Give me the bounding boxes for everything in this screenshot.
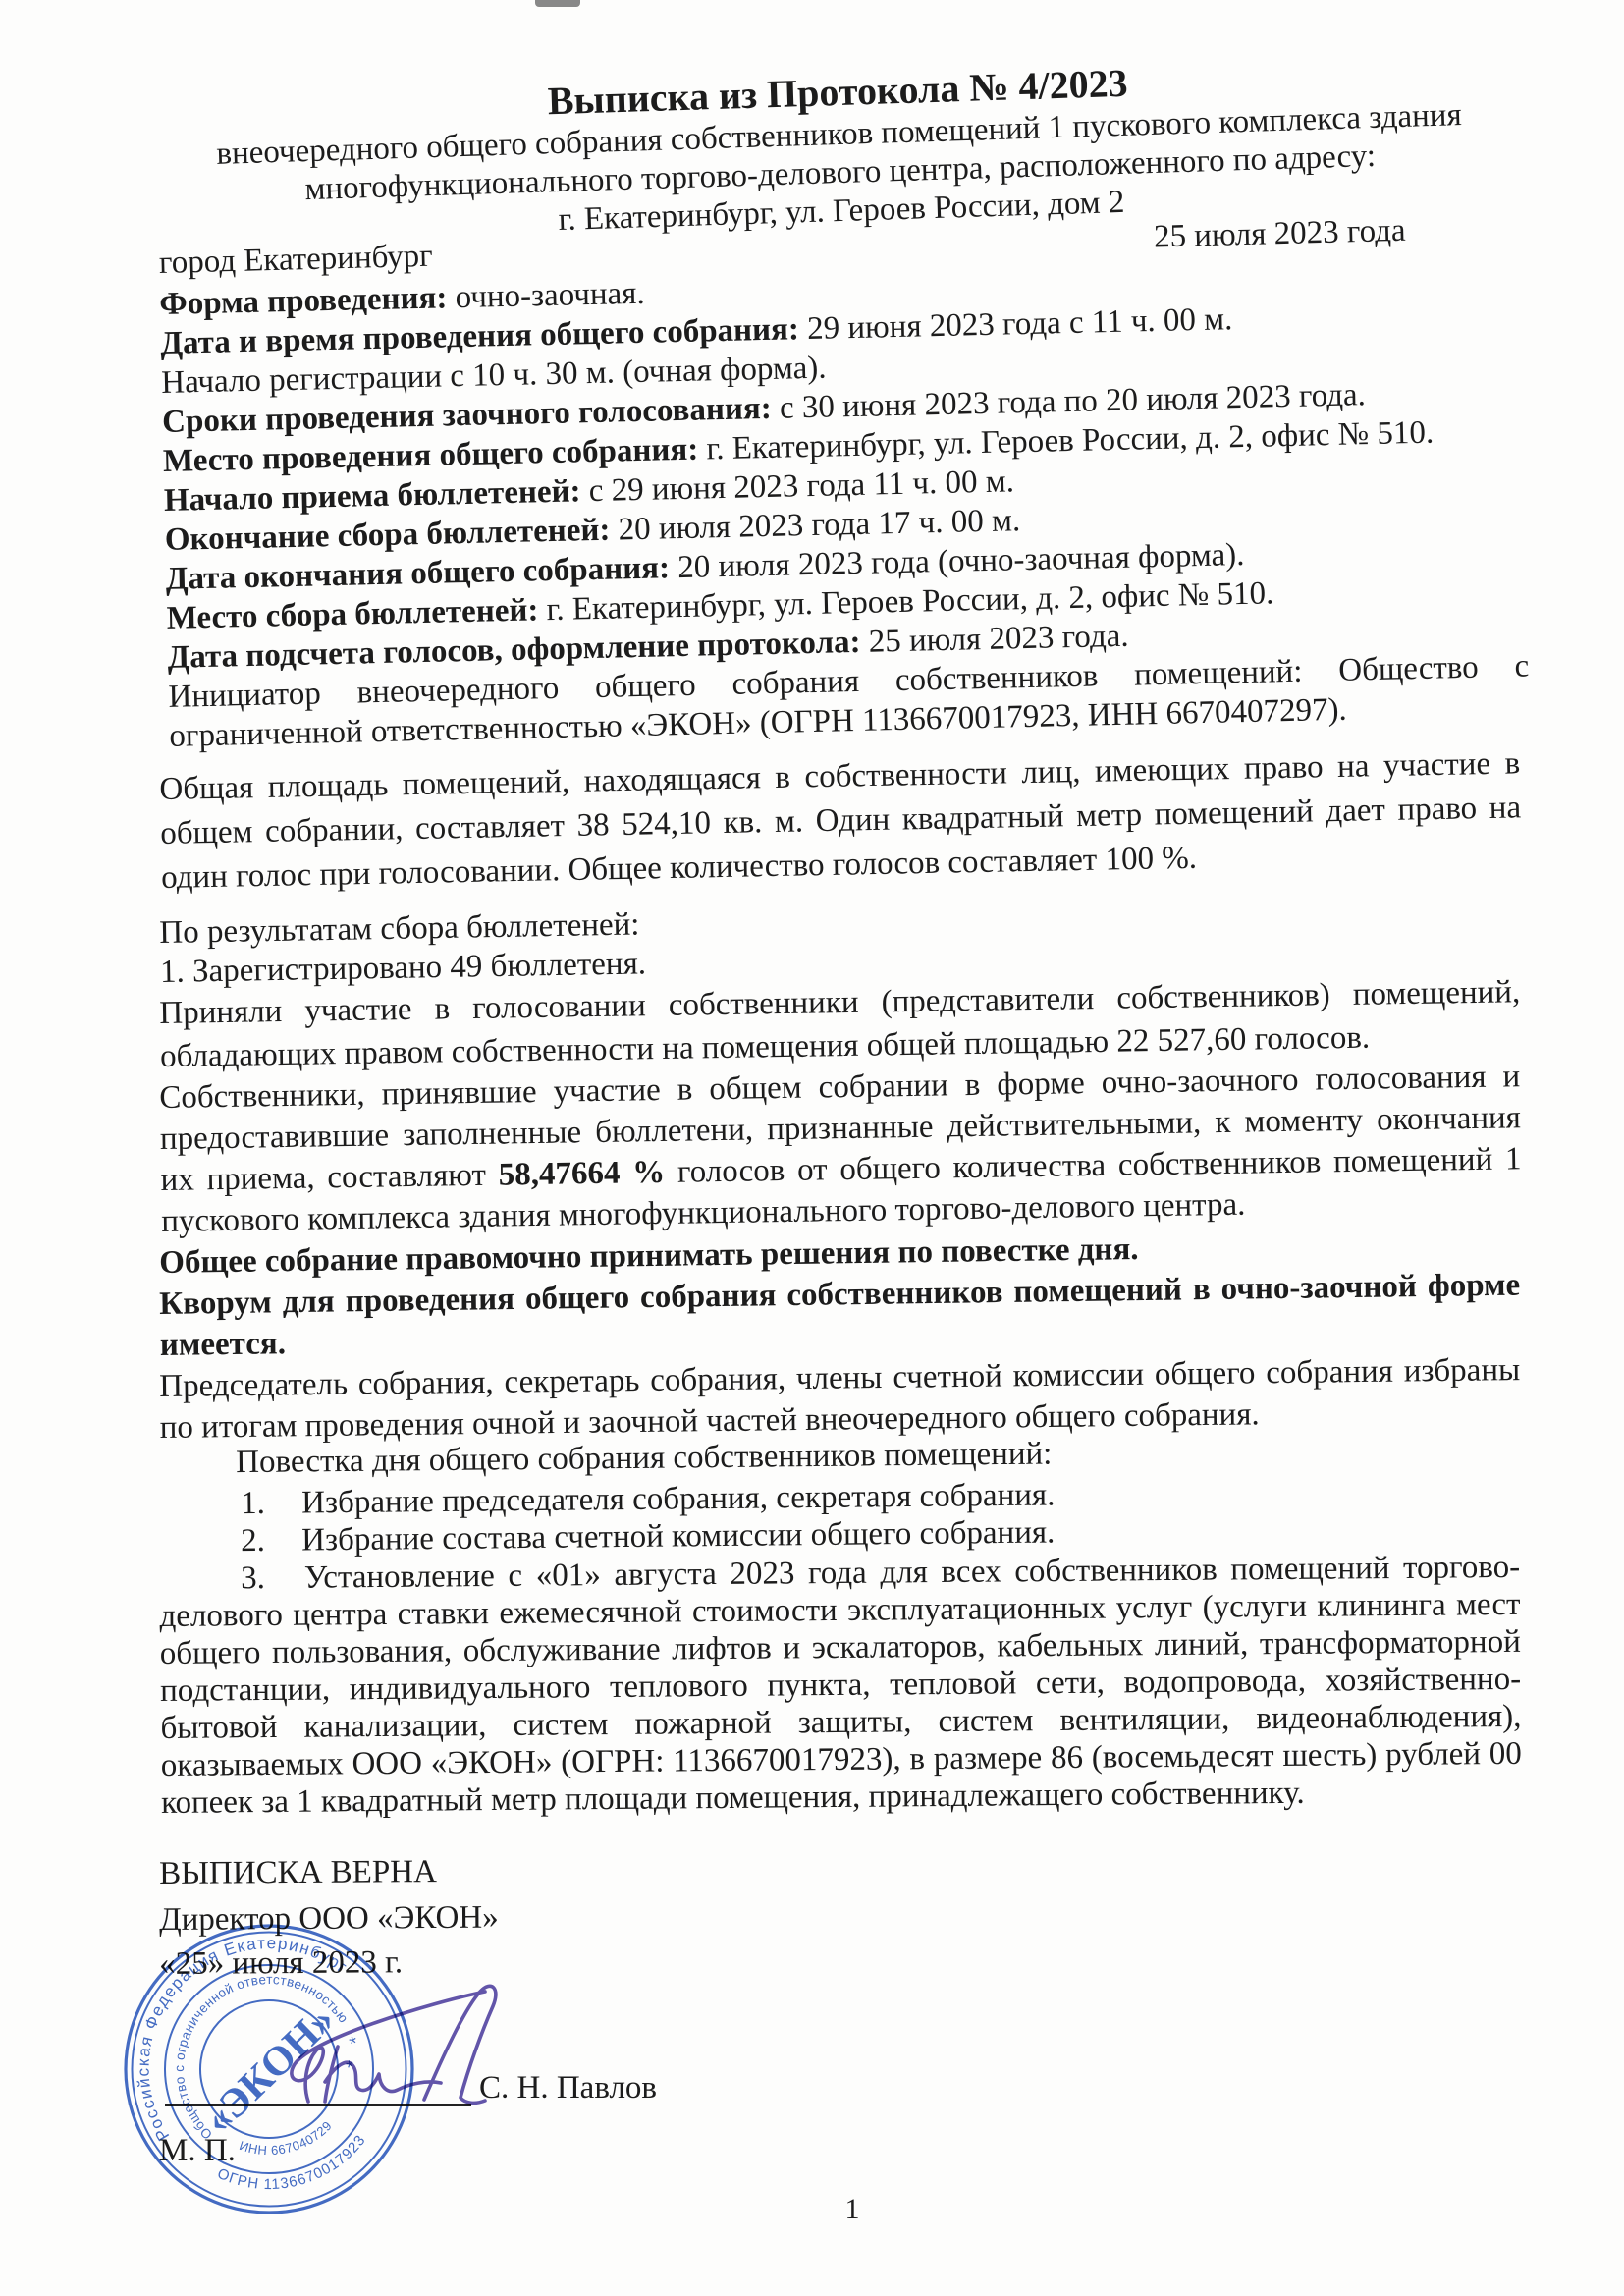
scanned-document: { "header": { "title": "Выписка из Прото… <box>0 0 1624 2296</box>
agenda-item-2-text: Избрание состава счетной комиссии общего… <box>301 1514 1055 1558</box>
agenda-item-3-number: 3. <box>241 1560 265 1596</box>
scan-smudge <box>535 0 580 7</box>
agenda-item-1-number: 1. <box>241 1483 301 1523</box>
quorum-paragraph: Собственники, принявшие участие в общем … <box>159 1056 1522 1242</box>
agenda-item-3: 3.Установление с «01» августа 2023 года … <box>159 1549 1522 1822</box>
meeting-meta-block: Форма проведения: очно-заочная. Дата и в… <box>159 254 1531 756</box>
city-label: город Екатеринбург <box>158 237 433 283</box>
signature-main-stroke <box>292 1992 485 2102</box>
resolution-quorum: Кворум для проведения общего собрания со… <box>159 1265 1521 1366</box>
extract-correct-label: ВЫПИСКА ВЕРНА <box>159 1842 1520 1895</box>
page-number: 1 <box>803 2193 901 2226</box>
agenda-item-2-number: 2. <box>241 1520 301 1560</box>
document-date: 25 июля 2023 года <box>1154 211 1407 257</box>
quorum-percentage: 58,47664 % <box>498 1155 665 1193</box>
total-area-paragraph: Общая площадь помещений, находящаяся в с… <box>159 741 1522 901</box>
agenda-item-3-text: Установление с «01» августа 2023 года дл… <box>159 1550 1522 1821</box>
handwritten-signature <box>232 1964 556 2126</box>
